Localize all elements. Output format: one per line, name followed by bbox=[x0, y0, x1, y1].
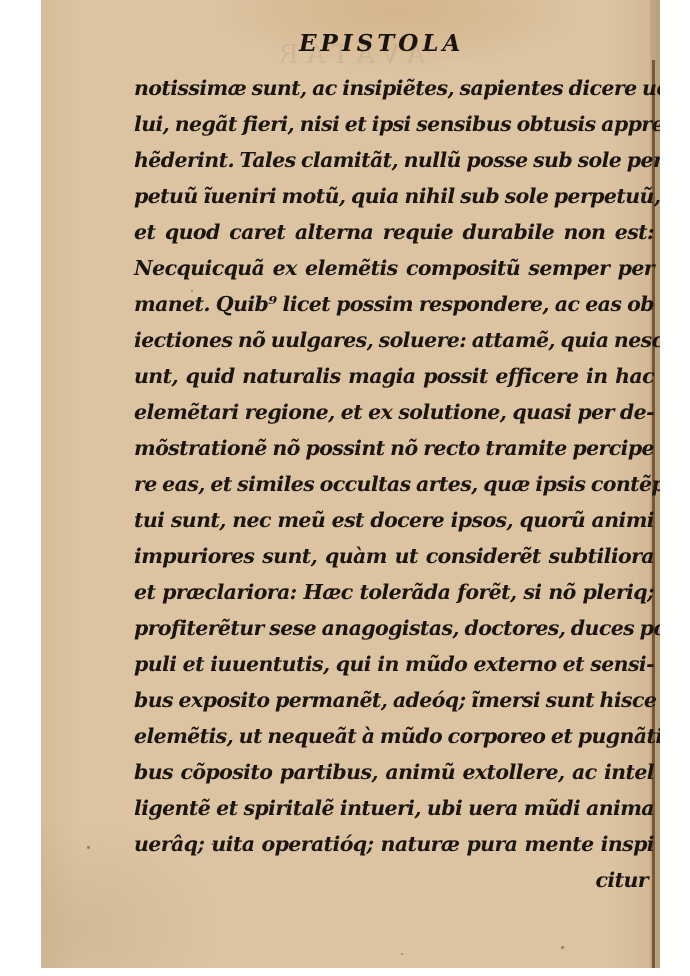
paper-speck bbox=[401, 953, 403, 955]
paper-speck bbox=[191, 290, 193, 292]
text-line: elemẽtis, ut nequeãt à mũdo corporeo et … bbox=[134, 718, 654, 754]
text-line: ligentẽ et spiritalẽ intueri, ubi uera m… bbox=[134, 790, 654, 826]
text-line: mõstrationẽ nõ possint nõ recto tramite … bbox=[134, 430, 654, 466]
text-line: notissimæ sunt, ac insipiẽtes, sapientes… bbox=[134, 70, 654, 106]
paper-speck bbox=[561, 946, 564, 949]
catchword: citur bbox=[134, 862, 654, 898]
text-line: manet. Quib⁹ licet possim respondere, ac… bbox=[134, 286, 654, 322]
paper-speck bbox=[211, 843, 214, 845]
text-line: et quod caret alterna requie durabile no… bbox=[134, 214, 654, 250]
paper-speck bbox=[87, 846, 90, 849]
book-page: AVATAR EPISTOLA notissimæ sunt, ac insip… bbox=[41, 0, 660, 968]
text-line: elemẽtari regione, et ex solutione, quas… bbox=[134, 394, 654, 430]
text-line: bus exposito permanẽt, adeóq; ĩmersi sun… bbox=[134, 682, 654, 718]
text-line: tui sunt, nec meũ est docere ipsos, quor… bbox=[134, 502, 654, 538]
text-line: bus cõposito partibus, animũ extollere, … bbox=[134, 754, 654, 790]
text-line: lui, negãt fieri, nisi et ipsi sensibus … bbox=[134, 106, 654, 142]
body-text: notissimæ sunt, ac insipiẽtes, sapientes… bbox=[134, 70, 654, 898]
text-line: Necquicquã ex elemẽtis compositũ semper … bbox=[134, 250, 654, 286]
text-line: petuũ ĩueniri motũ, quia nihil sub sole … bbox=[134, 178, 654, 214]
running-head: EPISTOLA bbox=[299, 30, 464, 57]
paper-speck bbox=[419, 840, 421, 842]
text-line: re eas, et similes occultas artes, quæ i… bbox=[134, 466, 654, 502]
text-line: impuriores sunt, quàm ut considerẽt subt… bbox=[134, 538, 654, 574]
text-line: unt, quid naturalis magia possit efficer… bbox=[134, 358, 654, 394]
text-line: et præclariora: Hæc tolerãda forẽt, si n… bbox=[134, 574, 654, 610]
text-line: puli et iuuentutis, qui in mũdo externo … bbox=[134, 646, 654, 682]
text-line: profiterẽtur sese anagogistas, doctores,… bbox=[134, 610, 654, 646]
text-line: hẽderint. Tales clamitãt, nullũ posse su… bbox=[134, 142, 654, 178]
text-line: iectiones nõ uulgares, soluere: attamẽ, … bbox=[134, 322, 654, 358]
